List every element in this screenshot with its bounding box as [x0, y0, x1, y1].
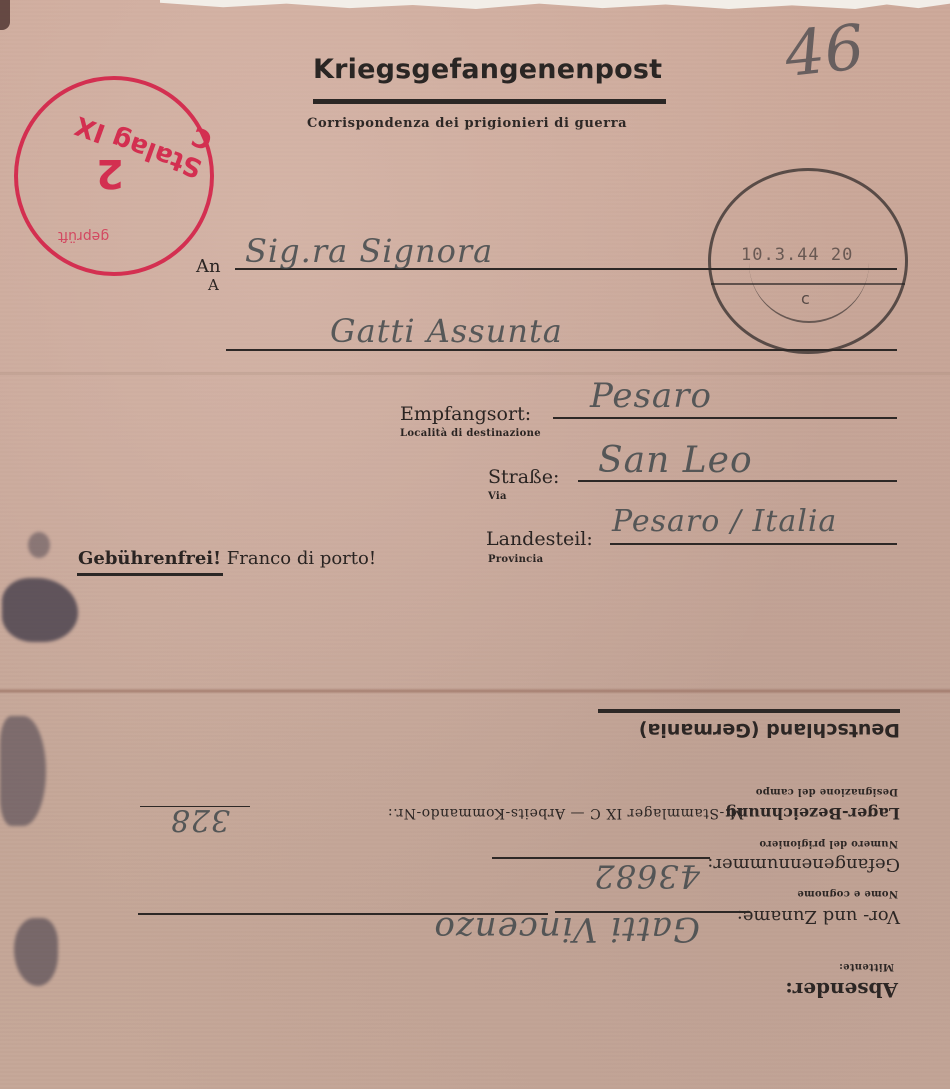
an-label: An: [196, 256, 221, 277]
empfangsort-line: [553, 417, 897, 419]
gefangenennummer-sub: Numero del prigioniero: [759, 838, 898, 849]
lager-value: M.-Stammlager IX C — Arbeits-Kommando-Nr…: [387, 805, 744, 821]
a-label: A: [208, 276, 219, 294]
postage-free: Gebührenfrei! Franco di porto!: [78, 548, 376, 569]
postage-free-de: Gebührenfrei!: [78, 548, 221, 569]
sender-section: Mittente: Absender: Nome e cognome Vor- …: [0, 700, 950, 1089]
landesteil-label: Landesteil:: [486, 528, 593, 550]
title-underline: [313, 99, 666, 104]
lager-label: Lager-Bezeichnung: [725, 804, 900, 823]
censor-stamp: Stalag IX C 2 geprüft: [14, 76, 214, 276]
postmark: 10.3.44 20 c: [708, 168, 908, 354]
strasse-label: Straße:: [488, 466, 559, 488]
recipient-line1: Sig.ra Signora: [245, 232, 493, 270]
ink-blot: [2, 578, 78, 642]
card-title: Kriegsgefangenenpost: [313, 54, 662, 85]
card-subtitle: Corrispondenza dei prigionieri di guerra: [307, 116, 627, 131]
sender-name-value: Gatti Vincenzo: [433, 909, 700, 949]
country-rule: [598, 709, 900, 713]
postage-free-it: Franco di porto!: [227, 548, 376, 569]
empfangsort-value: Pesaro: [590, 376, 712, 416]
postmark-letter: c: [801, 289, 810, 308]
name-sub: Nome e cognome: [797, 888, 898, 899]
landesteil-value: Pesaro / Italia: [612, 504, 837, 539]
ink-blot: [28, 532, 50, 558]
absender-label: Absender:: [785, 978, 898, 1002]
postmark-inner-arc: [749, 231, 869, 323]
torn-edge: [160, 0, 950, 9]
kommando-value: 328: [170, 802, 230, 837]
fold-crease-main: [0, 688, 950, 694]
strasse-value: San Leo: [598, 440, 753, 481]
postage-free-underline: [77, 573, 223, 576]
empfangsort-sub: Località di destinazione: [400, 428, 541, 439]
strasse-sub: Via: [488, 491, 507, 502]
country-label: Deutschland (Germania): [639, 719, 900, 741]
gefangenennummer-label: Gefangenennummer:: [707, 854, 900, 875]
corner-stain: [0, 0, 10, 30]
handwritten-number: 46: [781, 10, 867, 91]
landesteil-sub: Provincia: [488, 554, 543, 565]
fold-crease: [0, 372, 950, 375]
absender-sub: Mittente:: [839, 961, 894, 972]
censor-stamp-partial: geprüft: [58, 228, 109, 244]
landesteil-line: [610, 543, 897, 545]
postcard: Kriegsgefangenenpost Corrispondenza dei …: [0, 0, 950, 1089]
recipient-line2: Gatti Assunta: [330, 312, 563, 350]
censor-stamp-text: Stalag IX C: [70, 81, 216, 183]
lager-sub: Designazione del campo: [755, 786, 898, 797]
censor-stamp-number: 2: [96, 150, 124, 196]
gefangenennummer-value: 43682: [593, 857, 700, 895]
name-label: Vor- und Zuname:: [737, 906, 900, 927]
empfangsort-label: Empfangsort:: [400, 403, 531, 425]
